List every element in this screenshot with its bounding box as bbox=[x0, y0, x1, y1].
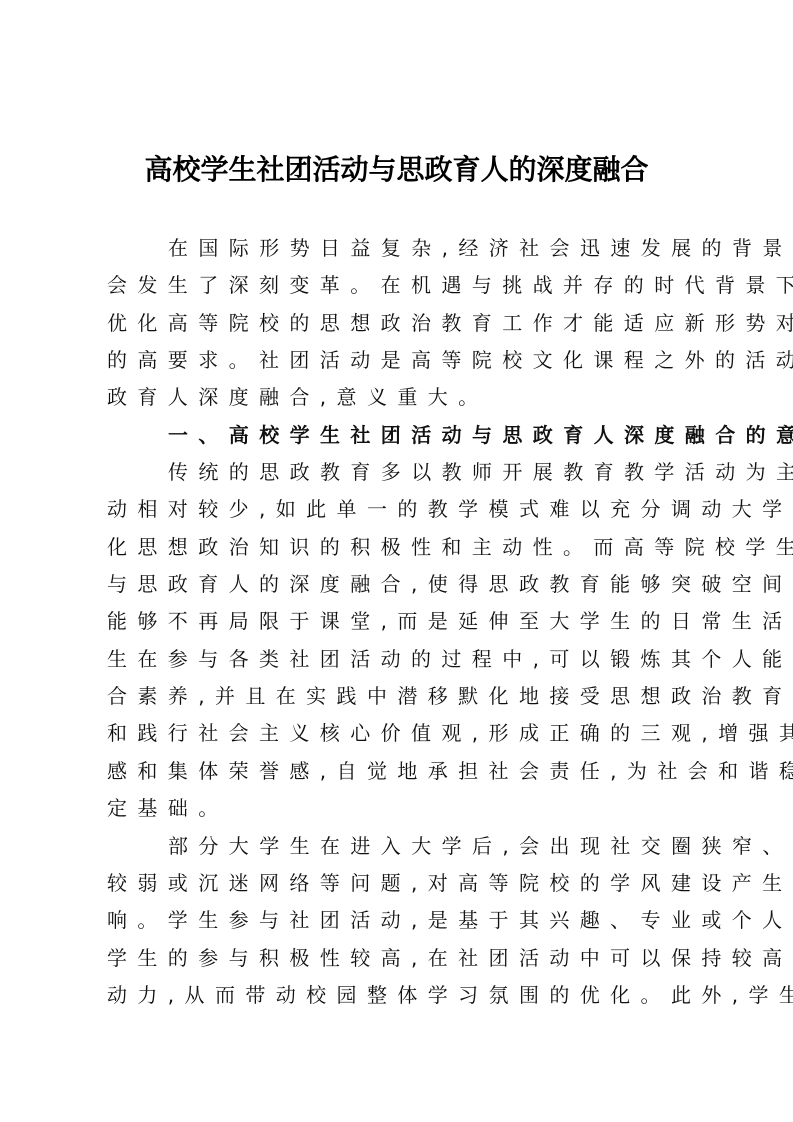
text-line: 感和集体荣誉感,自觉地承担社会责任,为社会和谐稳定发展奠 bbox=[107, 753, 689, 790]
document-body: 在国际形势日益复杂,经济社会迅速发展的背景下,我国社 会发生了深刻变革。在机遇与… bbox=[107, 230, 689, 1014]
text-line: 能够不再局限于课堂,而是延伸至大学生的日常生活当中。大学 bbox=[107, 603, 689, 640]
text-line: 生在参与各类社团活动的过程中,可以锻炼其个人能力,提升综 bbox=[107, 641, 689, 678]
document-page: 高校学生社团活动与思政育人的深度融合 在国际形势日益复杂,经济社会迅速发展的背景… bbox=[0, 0, 793, 1122]
text-line: 定基础。 bbox=[107, 790, 689, 827]
text-line: 合素养,并且在实践中潜移默化地接受思想政治教育,深入理解 bbox=[107, 678, 689, 715]
text-line: 会发生了深刻变革。在机遇与挑战并存的时代背景下,需要不断 bbox=[107, 267, 689, 304]
paragraph-significance: 传统的思政教育多以教师开展教育教学活动为主,实践活 动相对较少,如此单一的教学模… bbox=[107, 454, 689, 827]
text-line: 响。学生参与社团活动,是基于其兴趣、专业或个人爱好,因此 bbox=[107, 902, 689, 939]
section-heading: 一、高校学生社团活动与思政育人深度融合的意义 bbox=[107, 417, 689, 454]
text-line: 的高要求。社团活动是高等院校文化课程之外的活动,将其与思 bbox=[107, 342, 689, 379]
section-heading-text: 一、高校学生社团活动与思政育人深度融合的意义 bbox=[107, 417, 689, 454]
text-line: 在国际形势日益复杂,经济社会迅速发展的背景下,我国社 bbox=[107, 230, 689, 267]
text-line: 化思想政治知识的积极性和主动性。而高等院校学生社团活动 bbox=[107, 529, 689, 566]
text-line: 动力,从而带动校园整体学习氛围的优化。此外,学生社团在高 bbox=[107, 977, 689, 1014]
text-line: 较弱或沉迷网络等问题,对高等院校的学风建设产生不利的影 bbox=[107, 865, 689, 902]
text-line: 传统的思政教育多以教师开展教育教学活动为主,实践活 bbox=[107, 454, 689, 491]
text-line: 学生的参与积极性较高,在社团活动中可以保持较高的热情和 bbox=[107, 940, 689, 977]
text-line: 和践行社会主义核心价值观,形成正确的三观,增强其社会责任 bbox=[107, 715, 689, 752]
document-title: 高校学生社团活动与思政育人的深度融合 bbox=[0, 150, 793, 190]
text-line: 与思政育人的深度融合,使得思政教育能够突破空间的限制,即 bbox=[107, 566, 689, 603]
paragraph-study-atmosphere: 部分大学生在进入大学后,会出现社交圈狭窄、学习自主性 较弱或沉迷网络等问题,对高… bbox=[107, 828, 689, 1015]
text-line: 部分大学生在进入大学后,会出现社交圈狭窄、学习自主性 bbox=[107, 828, 689, 865]
text-line: 政育人深度融合,意义重大。 bbox=[107, 379, 689, 416]
text-line: 动相对较少,如此单一的教学模式难以充分调动大学生学习、内 bbox=[107, 491, 689, 528]
text-line: 优化高等院校的思想政治教育工作才能适应新形势对人才培养 bbox=[107, 305, 689, 342]
paragraph-intro: 在国际形势日益复杂,经济社会迅速发展的背景下,我国社 会发生了深刻变革。在机遇与… bbox=[107, 230, 689, 417]
